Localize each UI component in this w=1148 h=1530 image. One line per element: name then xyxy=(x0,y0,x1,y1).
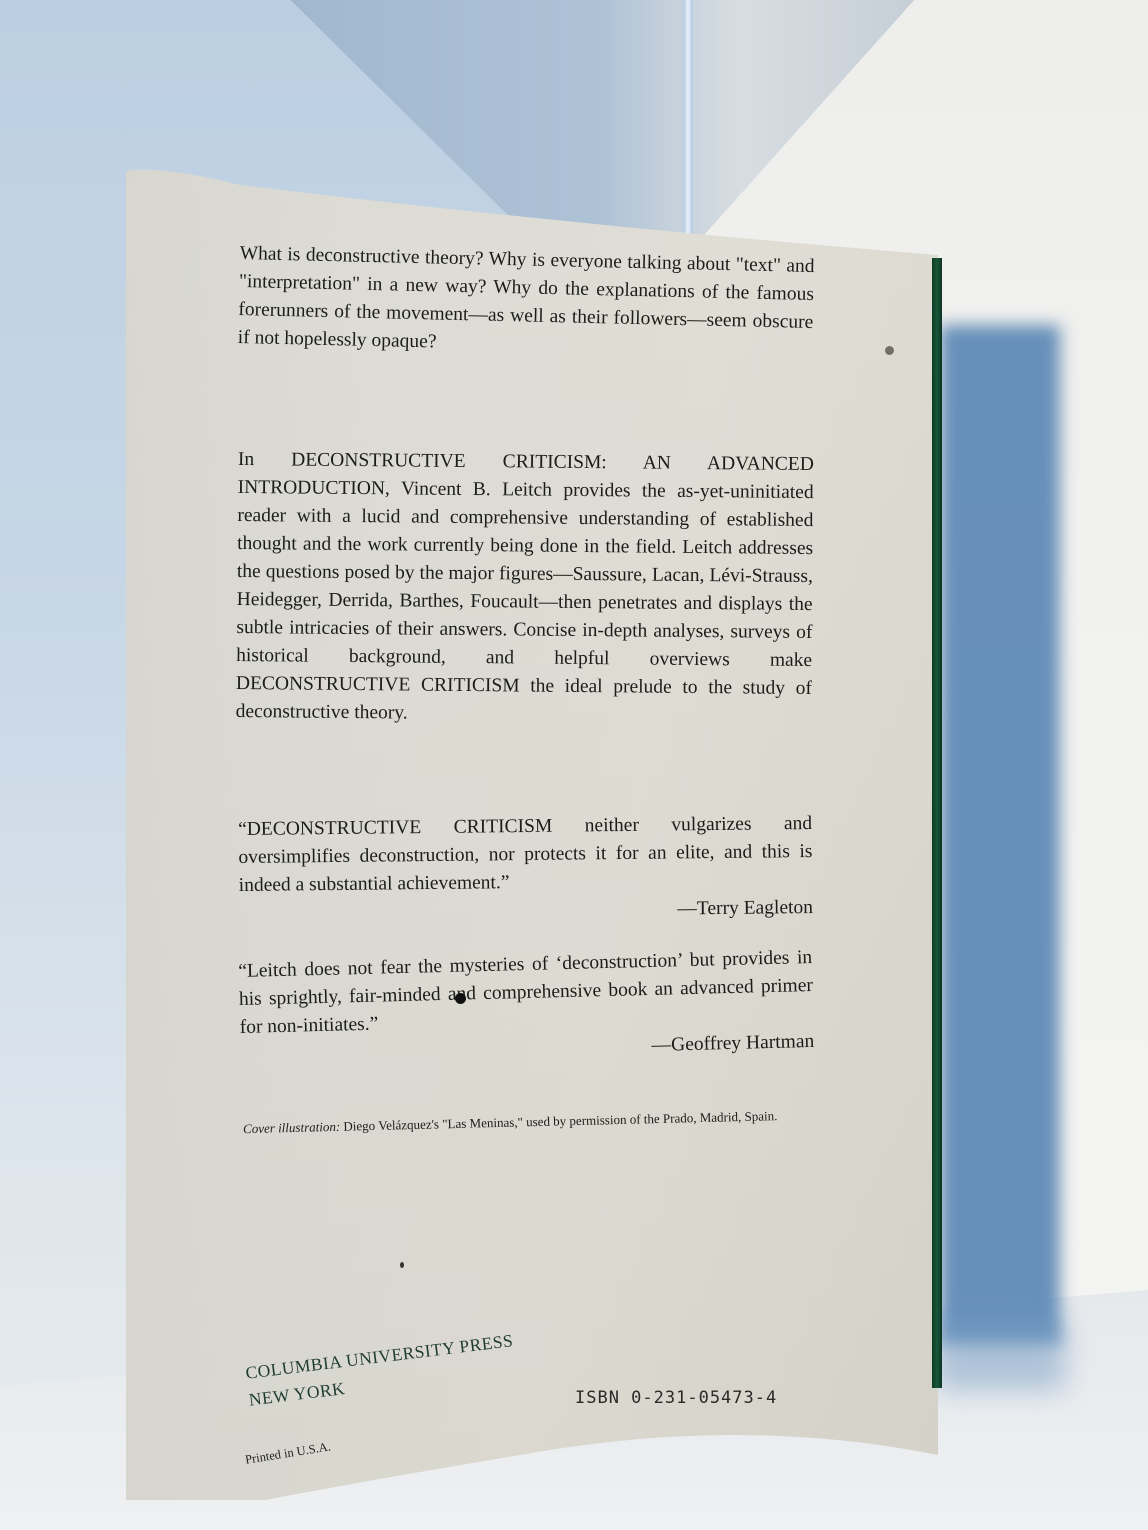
description-paragraph: In DECONSTRUCTIVE CRITICISM: AN ADVANCED… xyxy=(236,446,814,731)
cover-speck xyxy=(400,1262,404,1268)
bracket-highlight xyxy=(683,0,693,240)
quote-text: “DECONSTRUCTIVE CRITICISM neither vulgar… xyxy=(238,813,812,896)
credit-label: Cover illustration: xyxy=(243,1119,340,1136)
quote-text: “Leitch does not fear the mysteries of ‘… xyxy=(238,947,813,1038)
book-spine xyxy=(932,258,942,1388)
ink-spot xyxy=(455,993,466,1004)
intro-paragraph: What is deconstructive theory? Why is ev… xyxy=(237,240,814,365)
photo-scene: What is deconstructive theory? Why is ev… xyxy=(0,0,1148,1530)
quote-hartman: “Leitch does not fear the mysteries of ‘… xyxy=(238,944,815,1070)
book-shadow xyxy=(940,325,1060,1345)
cover-blemish xyxy=(885,346,894,355)
book-shadow-base xyxy=(935,1320,1065,1390)
quote-eagleton: “DECONSTRUCTIVE CRITICISM neither vulgar… xyxy=(238,810,813,928)
isbn: ISBN 0-231-05473-4 xyxy=(575,1384,777,1412)
